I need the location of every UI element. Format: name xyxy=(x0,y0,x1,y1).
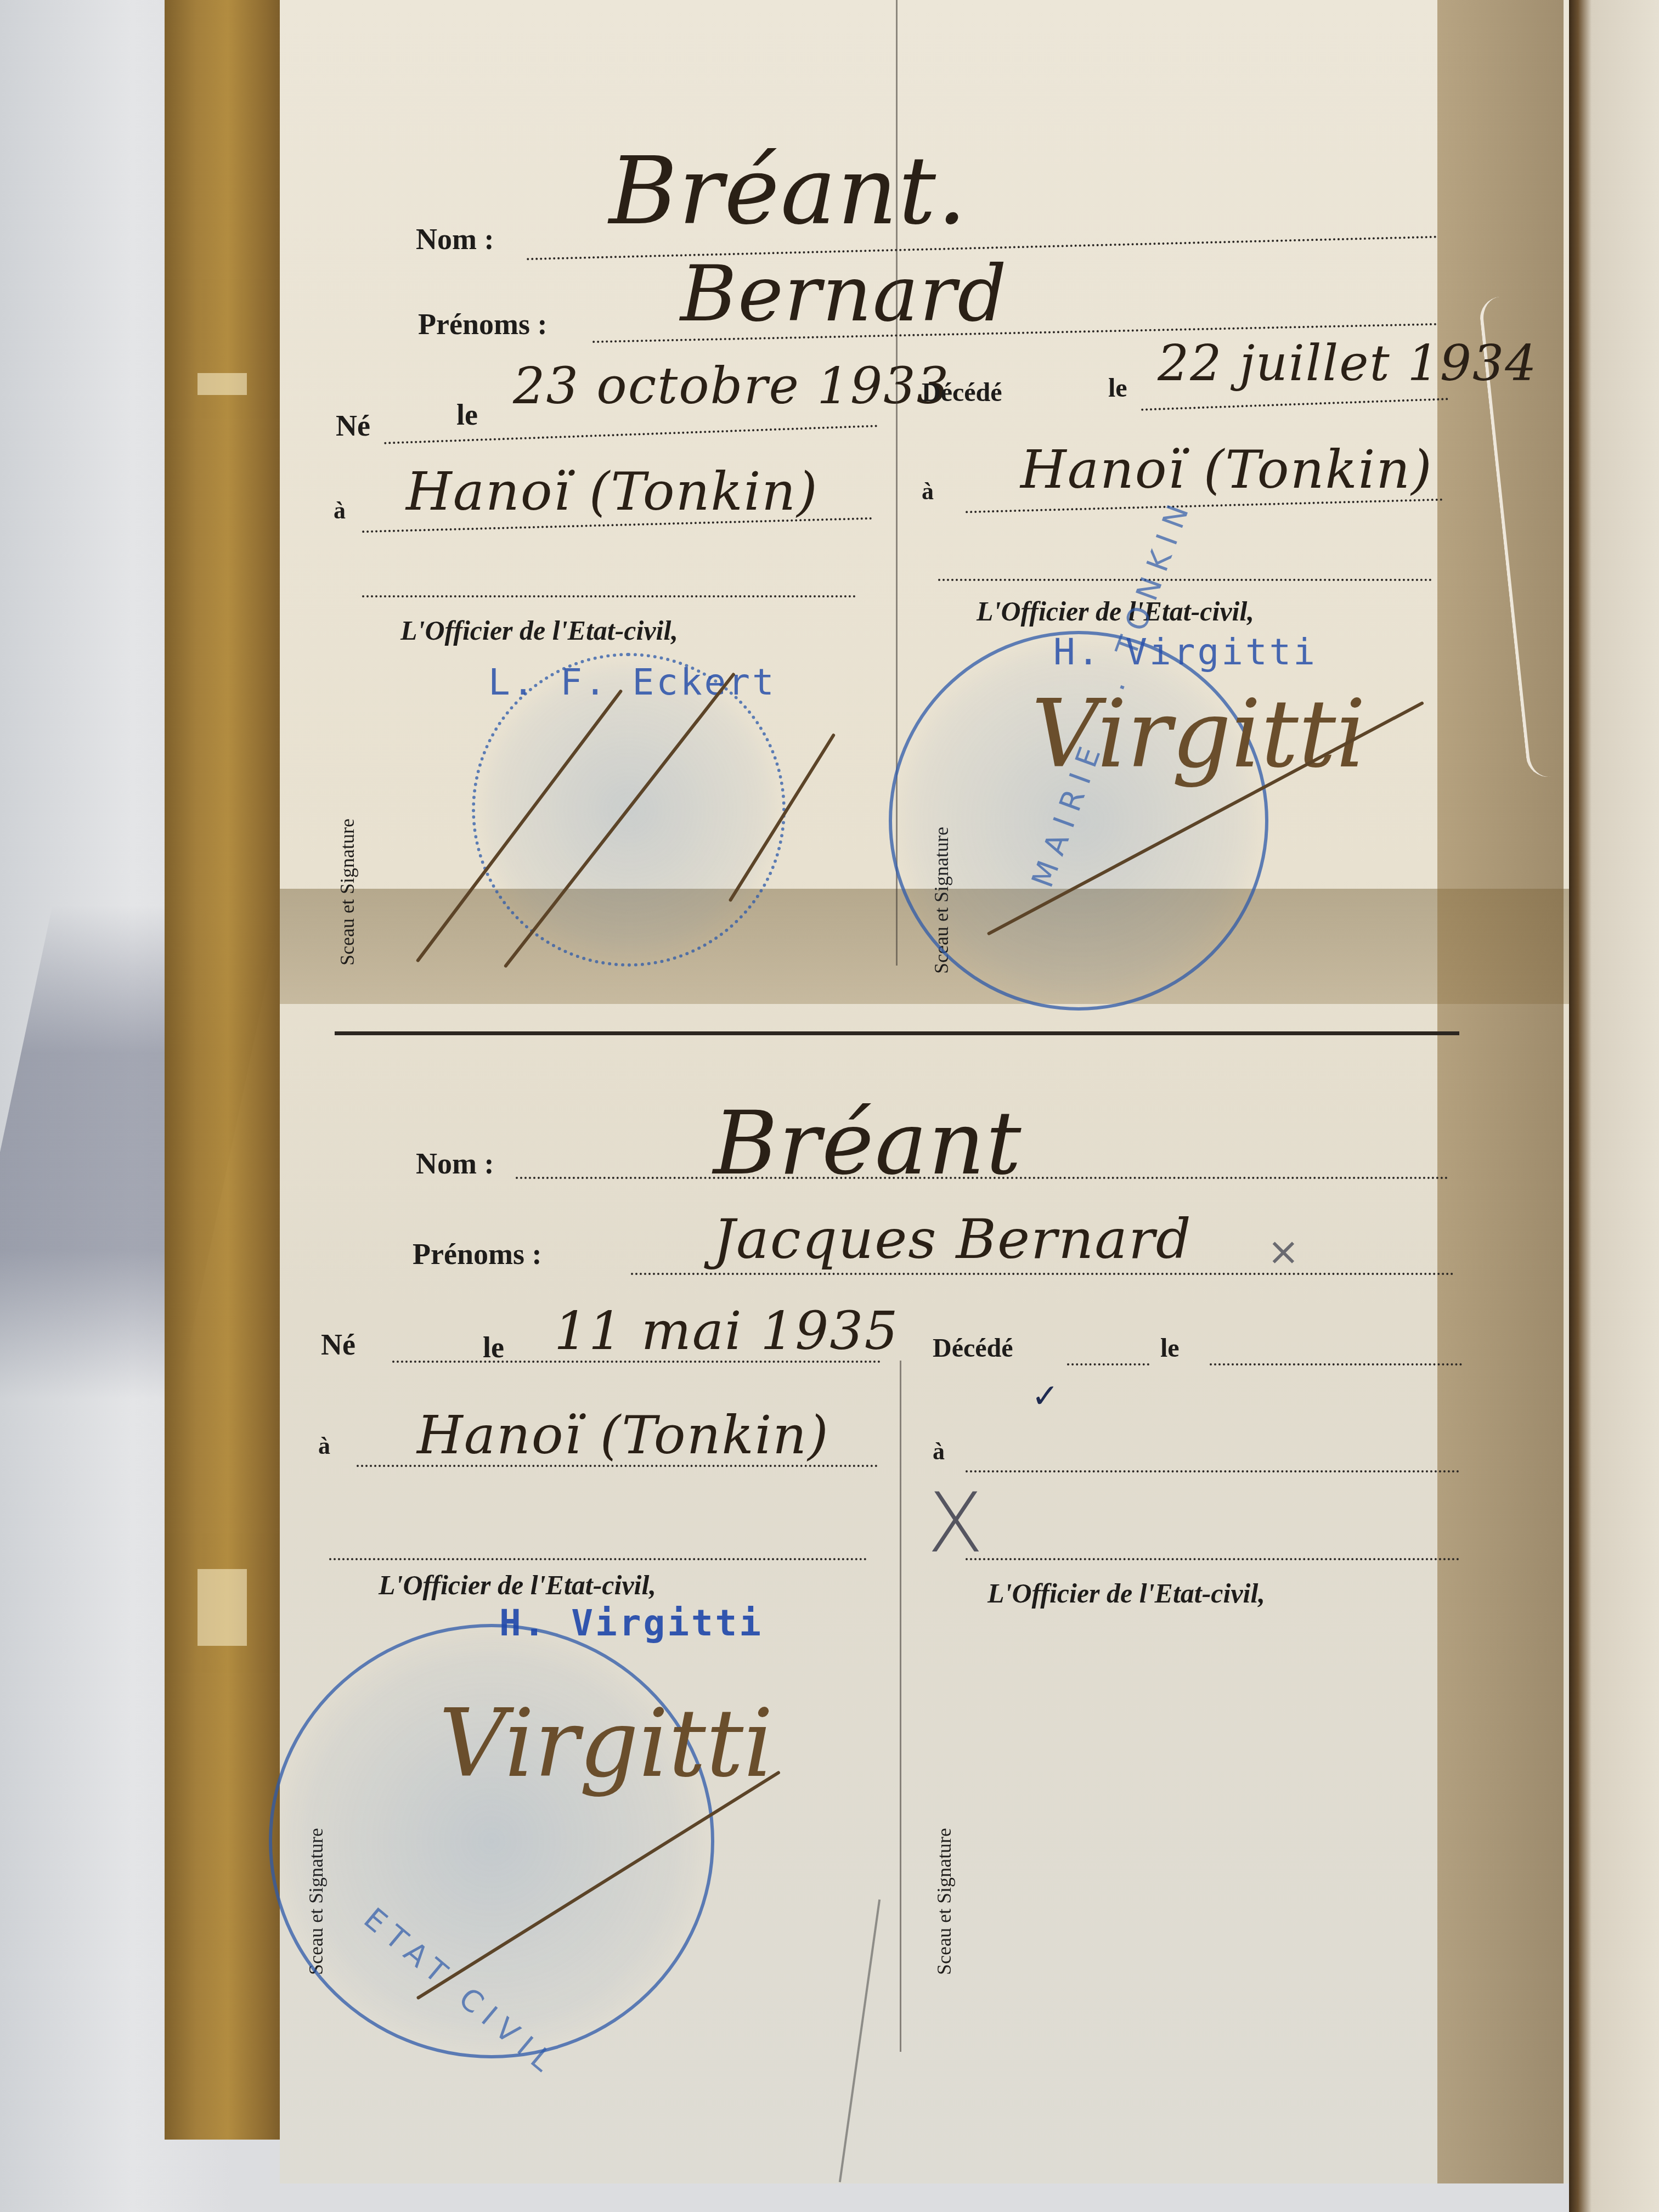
adjacent-page xyxy=(1569,0,1659,2212)
prenoms-label: Prénoms : xyxy=(413,1237,541,1271)
blank-line xyxy=(938,579,1432,581)
death-place-value: Hanoï (Tonkin) xyxy=(1020,439,1433,500)
blank-line xyxy=(362,595,856,597)
le-label: le xyxy=(456,398,478,432)
stamp-name: H. Virgitti xyxy=(1053,631,1317,673)
nom-label: Nom : xyxy=(416,222,494,256)
handwritten-signature: Virgitti xyxy=(1031,680,1366,789)
death-date-line xyxy=(1210,1363,1462,1365)
death-place-line xyxy=(966,1470,1459,1472)
official-stamp xyxy=(269,1624,714,2058)
decede-label: Décédé xyxy=(922,377,1002,408)
cross-mark: X xyxy=(927,1476,984,1571)
ne-label: Né xyxy=(321,1328,356,1362)
stamp-name: H. Virgitti xyxy=(499,1602,763,1644)
nom-value: Bréant. xyxy=(609,137,968,246)
birth-date-value: 23 octobre 1933 xyxy=(513,357,950,415)
prenoms-value: Bernard xyxy=(680,250,1008,339)
prenoms-label: Prénoms : xyxy=(418,307,547,341)
entry-separator-rule xyxy=(335,1031,1459,1035)
blank-line xyxy=(966,1558,1459,1560)
sceau-signature-label: Sceau et Signature xyxy=(336,819,359,966)
officier-label: L'Officier de l'Etat-civil, xyxy=(400,614,678,646)
nom-label: Nom : xyxy=(416,1147,494,1181)
le-label: le xyxy=(1108,373,1127,403)
birth-place-value: Hanoï (Tonkin) xyxy=(406,461,819,522)
check-mark-icon: × xyxy=(1267,1229,1300,1274)
tape-glare xyxy=(198,373,247,395)
ne-label: Né xyxy=(336,409,370,443)
stamp-name: L. F. Eckert xyxy=(488,661,776,703)
officier-label: L'Officier de l'Etat-civil, xyxy=(988,1577,1265,1609)
le-label: le xyxy=(483,1330,504,1364)
decede-label: Décédé xyxy=(933,1333,1013,1363)
a-label: à xyxy=(933,1437,945,1465)
sceau-signature-label: Sceau et Signature xyxy=(933,1828,956,1975)
prenoms-line xyxy=(631,1273,1454,1275)
nom-value: Bréant xyxy=(713,1092,1022,1194)
decede-line xyxy=(1067,1363,1149,1365)
prenoms-value: Jacques Bernard xyxy=(713,1207,1192,1271)
le-label: le xyxy=(1160,1333,1180,1363)
column-divider xyxy=(900,1361,901,2052)
officier-label: L'Officier de l'Etat-civil, xyxy=(977,595,1254,627)
a-label: à xyxy=(922,477,934,505)
handwritten-signature: Virgitti xyxy=(439,1690,774,1798)
a-label: à xyxy=(318,1432,330,1460)
a-label: à xyxy=(334,496,346,524)
birth-place-value: Hanoï (Tonkin) xyxy=(417,1404,830,1466)
officier-label: L'Officier de l'Etat-civil, xyxy=(379,1569,656,1601)
tape-glare xyxy=(198,1569,247,1646)
blank-line xyxy=(329,1558,867,1560)
tick-mark-icon: ✓ xyxy=(1031,1377,1059,1415)
birth-date-value: 11 mai 1935 xyxy=(554,1300,899,1362)
death-date-value: 22 juillet 1934 xyxy=(1158,335,1537,392)
